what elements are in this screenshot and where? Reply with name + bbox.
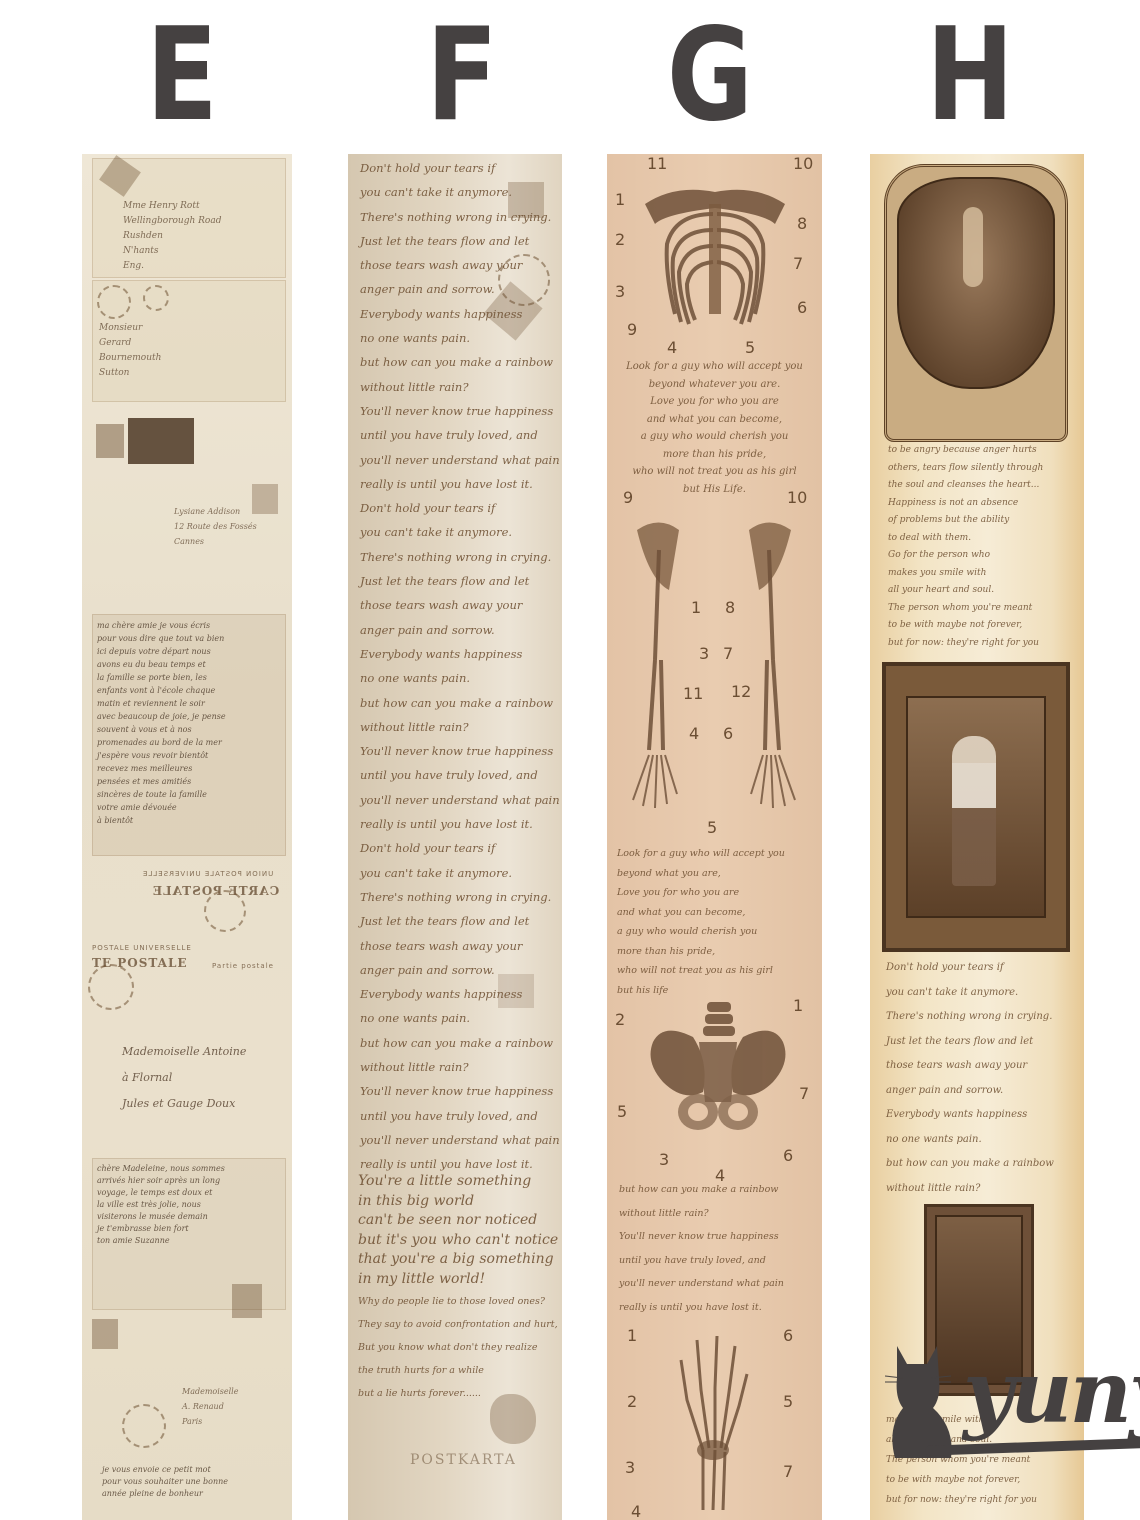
postcard-header: POSTALE UNIVERSELLE	[92, 944, 192, 952]
washi-strip-h[interactable]: to be angry because anger hurts others, …	[870, 154, 1084, 1520]
stamp-icon	[128, 418, 194, 464]
art-nouveau-frame-2	[882, 662, 1070, 952]
arm-bones-illustration-icon	[619, 510, 809, 820]
postcard-header-mirrored: UNION POSTALE UNIVERSELLE	[142, 870, 273, 878]
postmark-icon	[122, 1404, 166, 1448]
label-h: H	[913, 18, 1028, 133]
brand-logo-text: yuny	[963, 1350, 1140, 1436]
figure-silhouette-icon	[963, 207, 983, 287]
label-e: E	[125, 18, 240, 133]
poem-middle: Don't hold your tears if you can't take …	[886, 956, 1054, 1201]
poem-block-2: You're a little something in this big wo…	[358, 1172, 558, 1289]
poem-top: to be angry because anger hurts others, …	[888, 442, 1043, 652]
stamp-icon	[508, 182, 544, 218]
portrait-stamp-icon	[490, 1394, 536, 1444]
postmark-icon	[88, 964, 134, 1010]
postcard-2: MonsieurGerardBournemouthSutton	[92, 280, 286, 402]
label-f: F	[405, 18, 520, 133]
postmark-icon	[204, 890, 246, 932]
art-nouveau-frame-1	[884, 164, 1068, 442]
label-g: G	[653, 18, 768, 133]
washi-strip-f[interactable]: Don't hold your tears if you can't take …	[348, 154, 562, 1520]
stamp-icon	[99, 155, 141, 197]
stamp-icon	[232, 1284, 262, 1318]
brand-logo: yuny	[885, 1338, 1140, 1478]
postmark-icon	[97, 285, 131, 319]
postkarta-stamp-text: POSTKARTA	[410, 1452, 517, 1468]
poem-block-3: Why do people lie to those loved ones? T…	[358, 1290, 558, 1405]
poem-centered: Look for a guy who will accept you beyon…	[607, 358, 822, 498]
hand-bones-illustration-icon	[673, 1330, 753, 1520]
poem-left: Look for a guy who will accept you beyon…	[617, 844, 785, 1000]
washi-strip-g[interactable]: 11 10 1 8 2 7 3 6 9 4 5 Look for a guy w…	[607, 154, 822, 1520]
postcard-1: Mme Henry RottWellingborough RoadRushden…	[92, 158, 286, 278]
washi-strip-e[interactable]: Mme Henry RottWellingborough RoadRushden…	[82, 154, 292, 1520]
lady-portrait-icon	[952, 736, 996, 886]
stamp-icon	[92, 1319, 118, 1349]
postmark-icon	[143, 285, 169, 311]
stamp-icon	[498, 974, 534, 1008]
poem-bottom: but how can you make a rainbow without l…	[619, 1178, 784, 1319]
stamp-icon	[96, 424, 124, 458]
postcard-note: Partie postale	[212, 962, 274, 970]
pelvis-illustration-icon	[643, 1002, 793, 1142]
ribcage-illustration-icon	[635, 174, 795, 334]
postcard-3-letter: ma chère amie je vous écrispour vous dir…	[92, 614, 286, 856]
